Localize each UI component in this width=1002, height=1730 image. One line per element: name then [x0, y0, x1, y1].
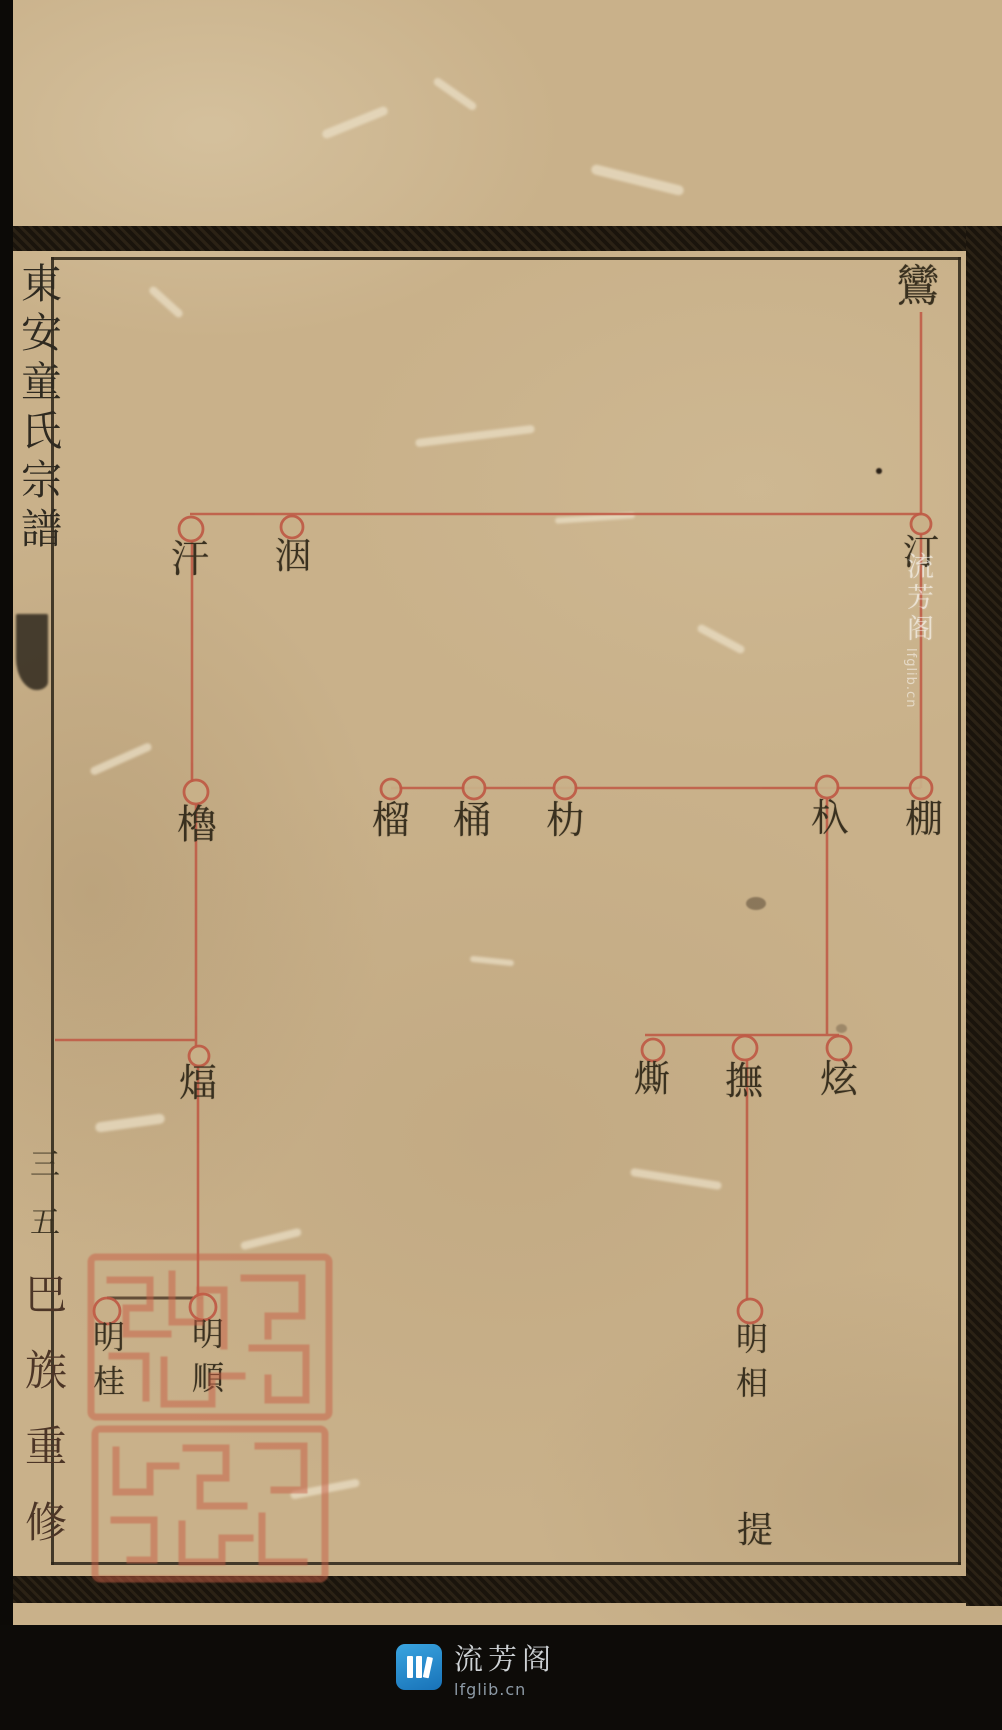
tree-node-xuan: 炫 [820, 1060, 858, 1100]
tree-node-yin: 洇 [275, 538, 311, 576]
side-watermark-url: lfglib.cn [903, 648, 918, 708]
inner-frame-right-line [958, 257, 961, 1565]
scanned-genealogy-page: 東安童氏宗譜 三五 巴族重修 [0, 0, 1002, 1730]
tree-node-luan: 鸞 [896, 264, 940, 310]
bottom-watermark-name: 流芳阁 [454, 1644, 556, 1676]
spine-title: 東安童氏宗譜 [9, 262, 68, 556]
tree-node-han: 汗 [171, 540, 209, 580]
frame-right-band [966, 226, 1002, 1606]
tree-node-peng: 棚 [905, 800, 943, 840]
tree-node-lu: 櫓 [177, 804, 217, 846]
tree-node-si: 燍 [634, 1061, 670, 1099]
tree-node-ming-xiang: 明相 [727, 1322, 773, 1410]
side-watermark-name: 流芳阁 [898, 552, 937, 645]
inner-frame-top-line [51, 257, 961, 260]
tree-node-bi: 煏 [179, 1064, 217, 1104]
red-seal-lower [90, 1424, 330, 1584]
tree-node-ti: 提 [737, 1512, 773, 1550]
bottom-watermark-url: lfglib.cn [454, 1680, 556, 1699]
ink-smudge [836, 1024, 847, 1033]
ink-smudge [746, 897, 766, 910]
bottom-watermark: 流芳阁 lfglib.cn [396, 1644, 556, 1699]
tree-node-li: 朸 [546, 801, 584, 841]
tree-node-liu: 榴 [372, 801, 410, 841]
bookshelf-logo-icon [396, 1644, 442, 1690]
red-seal-upper [86, 1252, 334, 1422]
spine-footer: 巴族重修 [13, 1272, 73, 1576]
tree-node-tong: 桶 [453, 801, 491, 841]
tree-node-fu: 撫 [725, 1062, 763, 1102]
page-number: 三五 [19, 1148, 63, 1264]
tree-node-ru: 杁 [811, 799, 849, 839]
frame-top-band [13, 226, 1002, 251]
fishtail-fold-mark [16, 614, 48, 690]
page-left-edge [0, 0, 13, 1730]
ink-speck [876, 468, 882, 474]
